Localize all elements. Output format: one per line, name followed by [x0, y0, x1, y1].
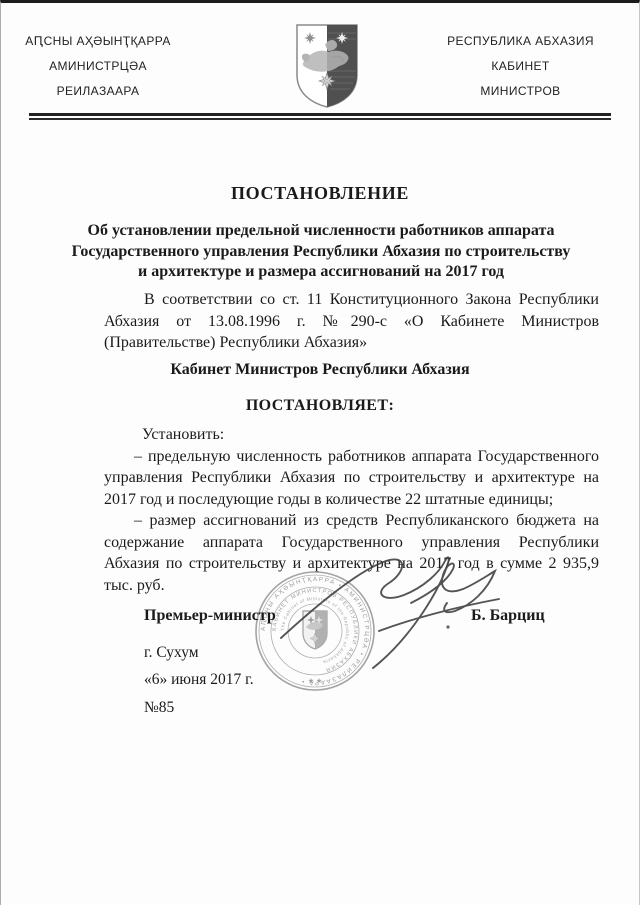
letterhead-abkhaz-line3: РЕИЛАЗААРА — [23, 79, 173, 104]
issuing-body-line: Кабинет Министров Республики Абхазия — [1, 361, 639, 379]
page-title: ПОСТАНОВЛЕНИЕ — [1, 183, 639, 204]
resolution-item-1: – предельную численность работников аппа… — [104, 446, 599, 511]
signer-name: Б. Барциц — [471, 607, 545, 625]
letterhead-russian-line2: КАБИНЕТ — [433, 54, 608, 79]
resolution-intro: Установить: — [104, 424, 599, 446]
letterhead-russian: РЕСПУБЛИКА АБХАЗИЯ КАБИНЕТ МИНИСТРОВ — [433, 29, 608, 104]
signature-place: г. Сухум — [144, 644, 199, 662]
signer-post-label: Премьер-министр — [144, 607, 276, 625]
letterhead-russian-line1: РЕСПУБЛИКА АБХАЗИЯ — [433, 29, 608, 54]
letterhead-russian-line3: МИНИСТРОВ — [433, 79, 608, 104]
subject-line2: Государственного управления Республики А… — [41, 242, 601, 263]
preamble-paragraph: В соответствии со ст. 11 Конституционног… — [104, 289, 599, 354]
subject-line3: и архитектуре и размера ассигнований на … — [41, 262, 601, 283]
subject-line1: Об установлении предельной численности р… — [41, 221, 601, 242]
letterhead-abkhaz-line2: АМИНИСТРЦӘА — [23, 54, 173, 79]
letterhead-abkhaz: АԤСНЫ АҲӘЫНҬҚАРРА АМИНИСТРЦӘА РЕИЛАЗААРА — [23, 29, 173, 104]
resolves-heading: ПОСТАНОВЛЯЕТ: — [1, 397, 639, 415]
signature-date: «6» июня 2017 г. — [144, 671, 254, 689]
document-page: АԤСНЫ АҲӘЫНҬҚАРРА АМИНИСТРЦӘА РЕИЛАЗААРА — [0, 0, 640, 905]
coat-of-arms-icon — [295, 23, 359, 114]
document-subject: Об установлении предельной численности р… — [41, 221, 601, 283]
document-number: №85 — [144, 699, 174, 717]
letterhead-abkhaz-line1: АԤСНЫ АҲӘЫНҬҚАРРА — [23, 29, 173, 54]
header-double-rule — [29, 113, 611, 120]
